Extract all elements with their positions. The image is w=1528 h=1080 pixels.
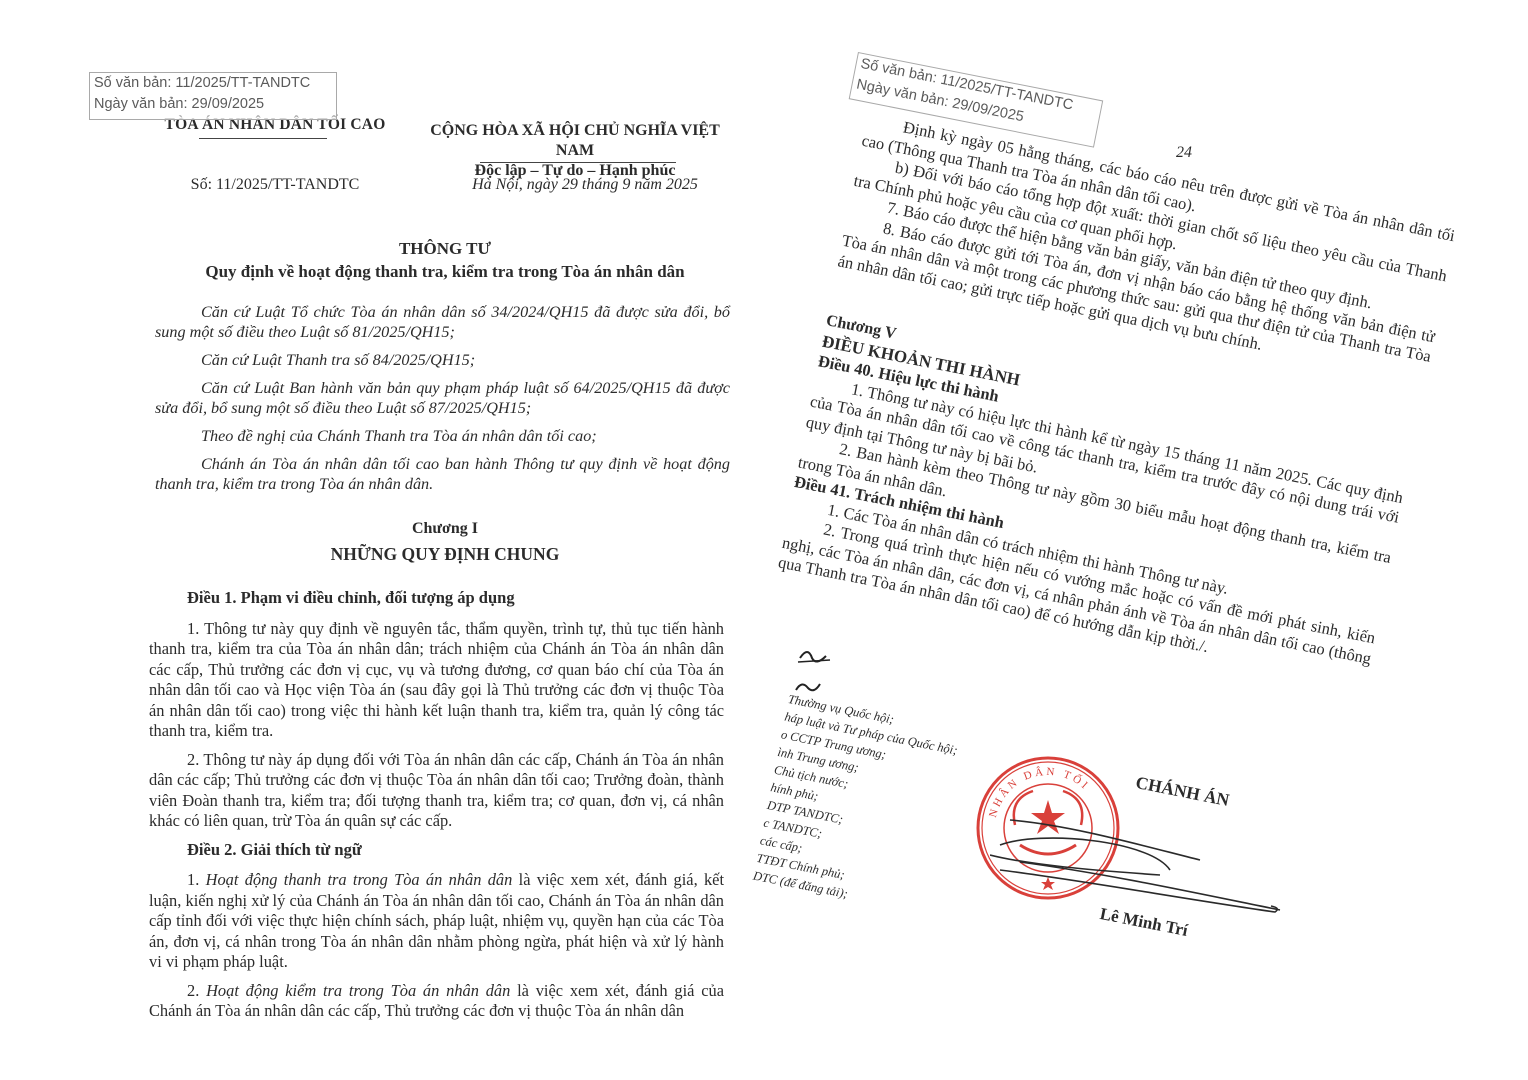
stamp-number: Số văn bản: 11/2025/TT-TANDTC (94, 73, 332, 94)
right-page-body: Định kỳ ngày 05 hằng tháng, các báo cáo … (776, 110, 1456, 689)
signature-icon (990, 800, 1290, 920)
right-page: Số văn bản: 11/2025/TT-TANDTC Ngày văn b… (0, 0, 1528, 1080)
document-info-stamp: Số văn bản: 11/2025/TT-TANDTC Ngày văn b… (89, 72, 337, 120)
page-number: 24 (1176, 144, 1192, 162)
stamp-date: Ngày văn bản: 29/09/2025 (94, 94, 332, 115)
